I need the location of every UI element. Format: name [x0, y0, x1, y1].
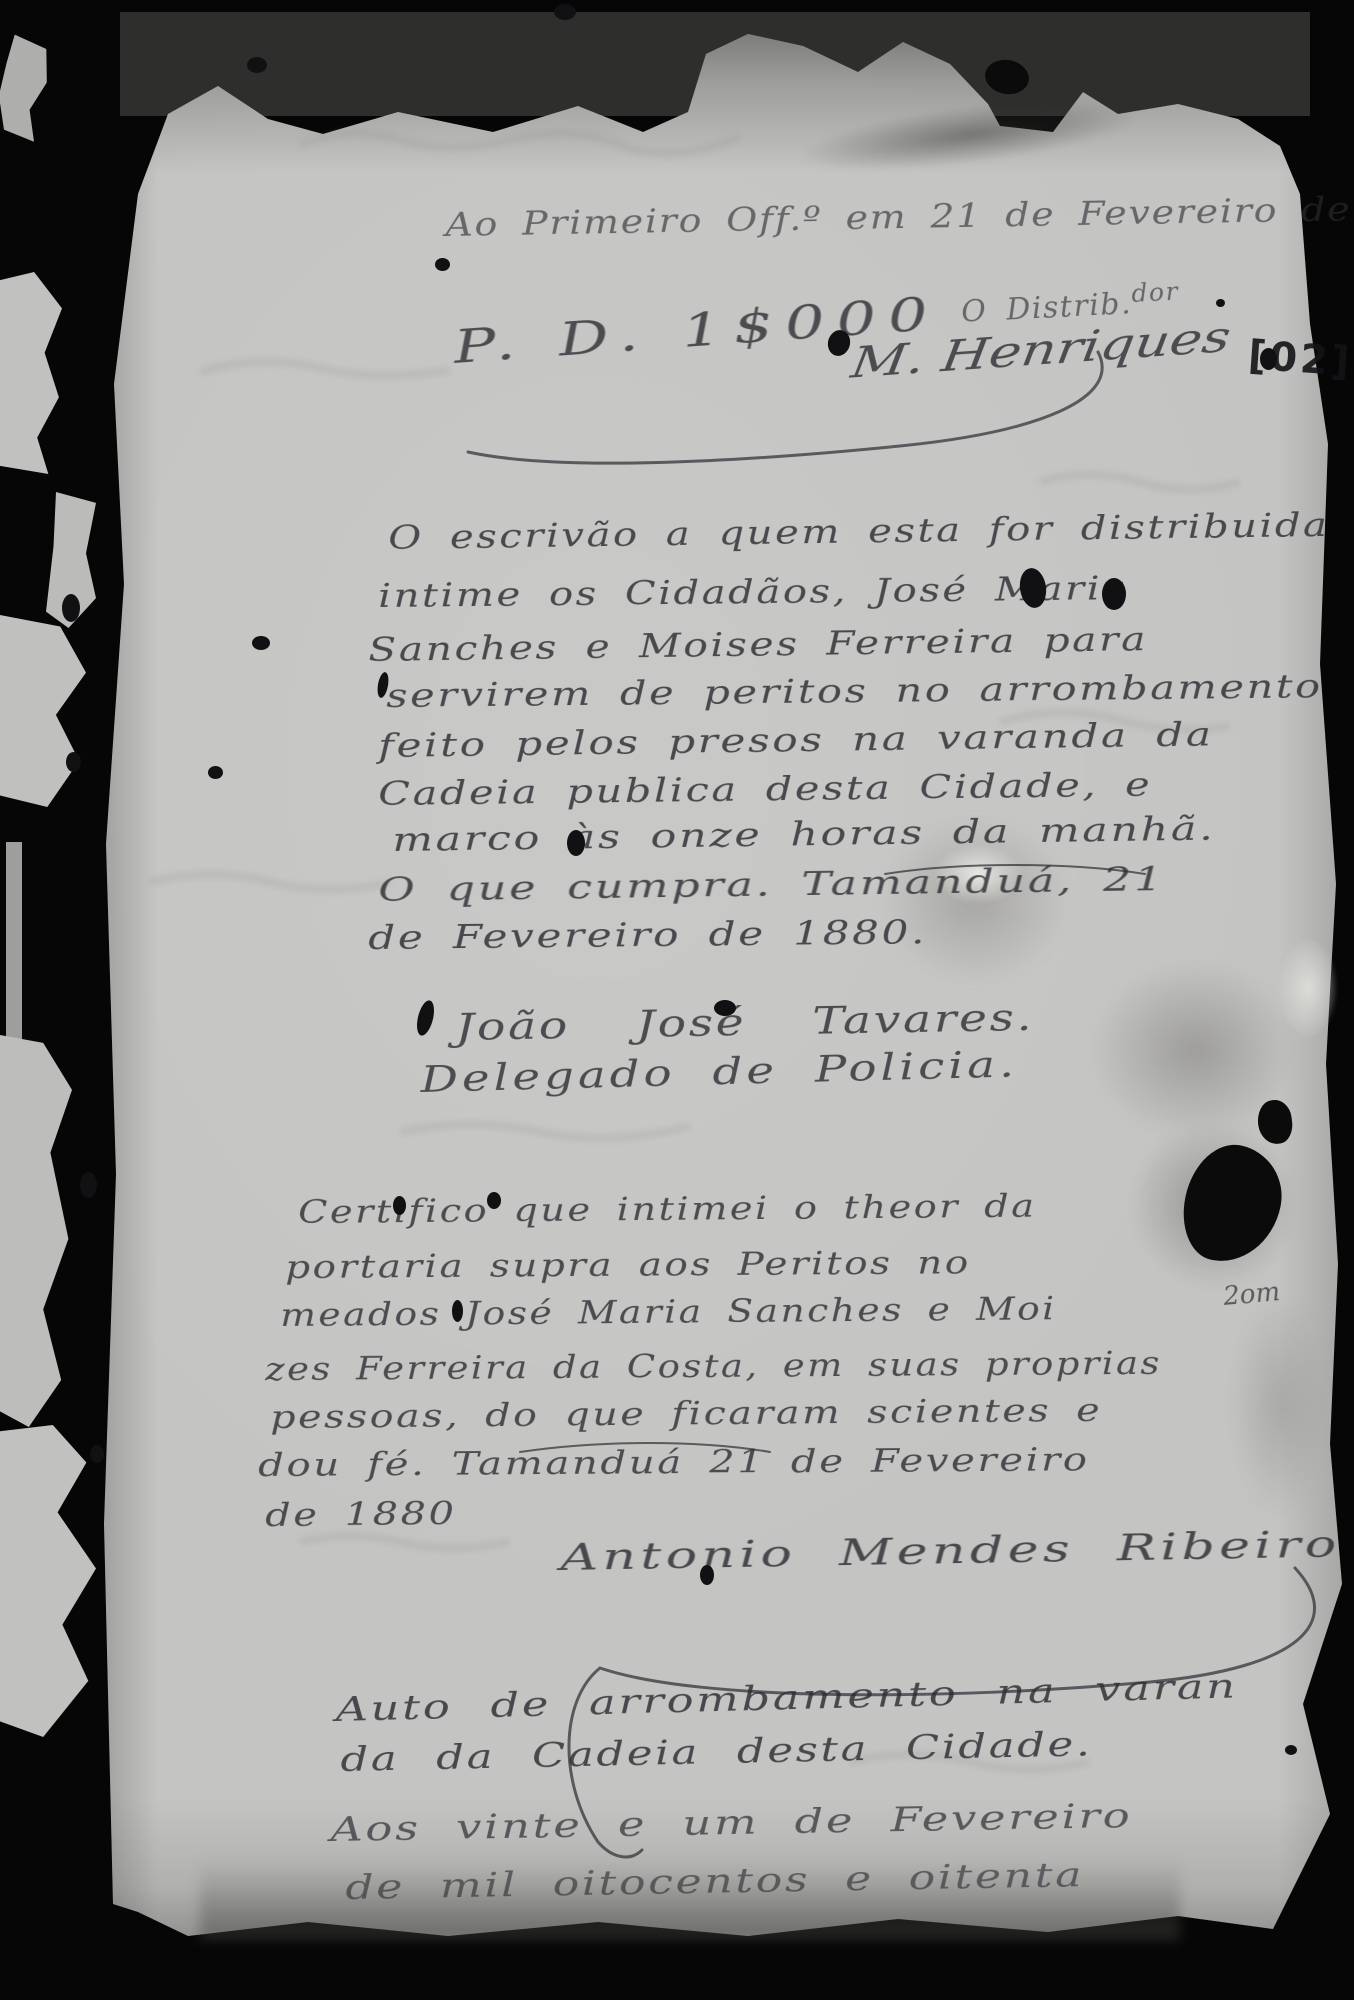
certification-line: pessoas, do que ficaram scientes e	[270, 1391, 1102, 1436]
margin-note: 2om	[1222, 1277, 1281, 1312]
ink-blot	[80, 1172, 97, 1198]
ink-blot	[1102, 578, 1126, 610]
certification-line: portaria supra aos Peritos no	[285, 1243, 971, 1286]
ink-blot	[393, 1196, 406, 1215]
ink-blot	[208, 766, 223, 779]
ink-blot	[700, 1565, 714, 1585]
certification-line: meados José Maria Sanches e Moi	[280, 1289, 1057, 1334]
ink-blot	[1216, 299, 1225, 307]
ink-blot	[452, 1300, 463, 1322]
ink-blot	[1285, 1745, 1297, 1755]
ink-blot	[435, 258, 450, 271]
ink-blot	[90, 1445, 104, 1463]
certification-line: de 1880	[265, 1494, 457, 1534]
document-scan: Ao Primeiro Off.º em 21 de Fevereiro de …	[0, 0, 1354, 2000]
ink-blot	[66, 752, 81, 772]
ink-blot	[714, 1000, 736, 1016]
order-line: intime os Cidadãos, José Maria	[378, 568, 1129, 615]
ink-blot	[567, 830, 585, 856]
ink-blot	[487, 1192, 501, 1209]
ink-blot	[247, 57, 267, 73]
certification-line: zes Ferreira da Costa, em suas proprias	[265, 1344, 1162, 1388]
ink-blot	[62, 594, 80, 622]
certification-line: dou fé. Tamanduá 21 de Fevereiro	[258, 1440, 1090, 1484]
certification-line: Certifico que intimei o theor da	[298, 1187, 1037, 1231]
order-line: de Fevereiro de 1880.	[368, 912, 927, 957]
distributor-title-abbrev: dor	[1131, 277, 1180, 308]
ink-blot	[1260, 348, 1277, 370]
ink-blot	[554, 4, 576, 20]
ink-blot	[252, 636, 270, 650]
